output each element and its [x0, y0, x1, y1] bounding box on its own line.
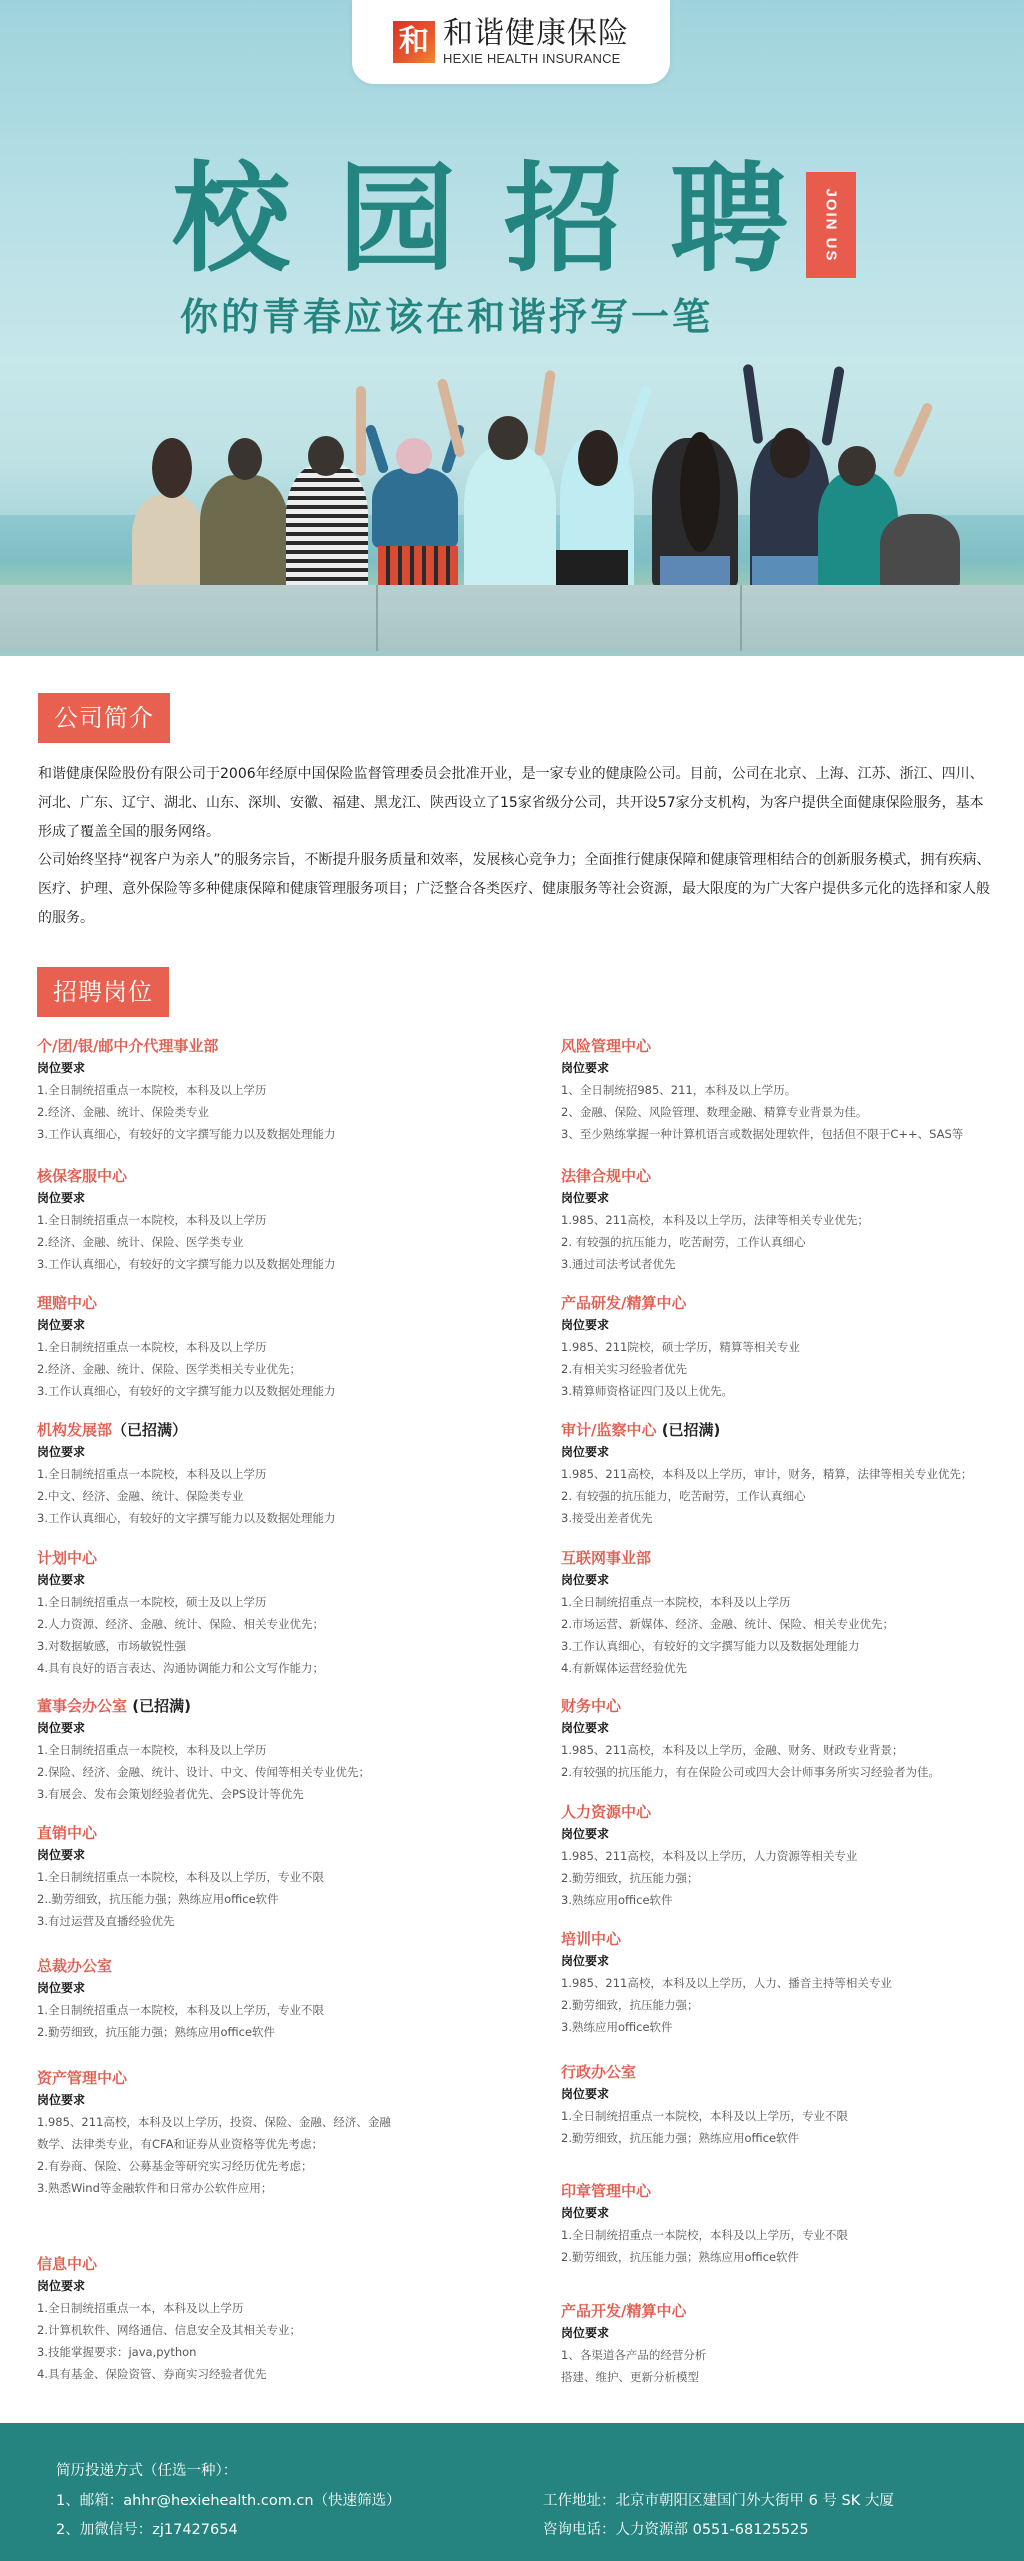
hero-title: 校园招聘: [172, 160, 836, 278]
requirement-item: 1.全日制统招重点一本院校，本科及以上学历: [37, 1463, 335, 1485]
requirement-item: 3.工作认真细心，有较好的文字撰写能力以及数据处理能力: [561, 1635, 894, 1657]
requirements-label: 岗位要求: [561, 1314, 800, 1336]
job-title: 理赔中心: [37, 1292, 335, 1314]
requirements-label: 岗位要求: [37, 1717, 370, 1739]
requirement-item: 4.有新媒体运营经验优先: [561, 1657, 894, 1679]
person-head: [228, 438, 262, 480]
job-title: 核保客服中心: [37, 1165, 335, 1187]
requirements-label: 岗位要求: [561, 1823, 857, 1845]
job-title: 财务中心: [561, 1695, 940, 1717]
seawall: [0, 585, 1024, 651]
person-figure: [372, 468, 458, 548]
person-head: [396, 438, 432, 474]
section-heading-company-intro: 公司简介: [38, 693, 170, 743]
requirements-label: 岗位要求: [561, 1441, 972, 1463]
apply-wechat[interactable]: 2、加微信号：zj17427654: [56, 2520, 238, 2540]
person-figure: [464, 446, 556, 592]
requirement-item: 1.全日制统招重点一本院校，本科及以上学历: [37, 1739, 370, 1761]
requirement-item: 2.勤劳细致，抗压能力强；: [561, 1867, 857, 1889]
person-head: [578, 430, 618, 486]
requirement-item: 3.技能掌握要求：java,python: [37, 2341, 301, 2363]
job-card: 核保客服中心 岗位要求 1.全日制统招重点一本院校，本科及以上学历 2.经济、金…: [37, 1165, 335, 1275]
job-title: 人力资源中心: [561, 1801, 857, 1823]
person-arm: [618, 384, 652, 463]
person-head: [488, 416, 528, 460]
wall-joint: [740, 585, 742, 651]
job-card: 资产管理中心 岗位要求 1.985、211高校，本科及以上学历，投资、保险、金融…: [37, 2067, 397, 2199]
requirement-item: 2.有相关实习经验者优先: [561, 1358, 800, 1380]
requirement-item: 3.工作认真细心，有较好的文字撰写能力以及数据处理能力: [37, 1507, 335, 1529]
job-title: 印章管理中心: [561, 2180, 848, 2202]
job-card: 总裁办公室 岗位要求 1.全日制统招重点一本院校，本科及以上学历，专业不限 2.…: [37, 1955, 324, 2043]
section-heading-positions: 招聘岗位: [37, 967, 169, 1017]
requirements-label: 岗位要求: [561, 1187, 869, 1209]
requirements-label: 岗位要求: [37, 1844, 324, 1866]
requirements-label: 岗位要求: [37, 2089, 397, 2111]
job-title: 信息中心: [37, 2253, 301, 2275]
intro-paragraph: 公司始终坚持“视客户为亲人”的服务宗旨，不断提升服务质量和效率，发展核心竞争力；…: [38, 846, 994, 932]
person-head: [770, 428, 810, 478]
job-card: 理赔中心 岗位要求 1.全日制统招重点一本院校，本科及以上学历 2.经济、金融、…: [37, 1292, 335, 1402]
requirement-item: 1.985、211高校，本科及以上学历，审计，财务，精算，法律等相关专业优先；: [561, 1463, 972, 1485]
job-title: 董事会办公室 (已招满): [37, 1695, 370, 1717]
requirement-item: 1.全日制统招重点一本院校，本科及以上学历: [37, 1079, 335, 1101]
requirement-item: 3.精算师资格证四门及以上优先。: [561, 1380, 800, 1402]
requirement-item: 1.全日制统招重点一本院校，本科及以上学历，专业不限: [37, 1999, 324, 2021]
requirement-item: 3.通过司法考试者优先: [561, 1253, 869, 1275]
job-title: 个/团/银/邮中介代理事业部: [37, 1035, 335, 1057]
requirement-item: 1、全日制统招985、211，本科及以上学历。: [561, 1079, 963, 1101]
job-card: 印章管理中心 岗位要求 1.全日制统招重点一本院校，本科及以上学历，专业不限 2…: [561, 2180, 848, 2268]
requirement-item: 3、至少熟练掌握一种计算机语言或数据处理软件，包括但不限于C++、SAS等: [561, 1123, 963, 1145]
job-title: 法律合规中心: [561, 1165, 869, 1187]
requirement-item: 1.全日制统招重点一本院校，本科及以上学历，专业不限: [561, 2224, 848, 2246]
requirement-item: 2.市场运营、新媒体、经济、金融、统计、保险、相关专业优先；: [561, 1613, 894, 1635]
person-figure: [880, 514, 960, 590]
requirements-label: 岗位要求: [561, 1950, 892, 1972]
contact-phone[interactable]: 咨询电话：人力资源部 0551-68125525: [543, 2520, 809, 2540]
requirement-item: 2.经济、金融、统计、保险、医学类专业: [37, 1231, 335, 1253]
job-title: 审计/监察中心 (已招满): [561, 1419, 972, 1441]
requirement-item: 1.全日制统招重点一本院校，本科及以上学历: [37, 1336, 335, 1358]
person-arm: [892, 401, 934, 478]
requirement-item: 3.熟悉Wind等金融软件和日常办公软件应用；: [37, 2177, 397, 2199]
contact-footer: 简历投递方式（任选一种）： 1、邮箱：ahhr@hexiehealth.com.…: [0, 2423, 1024, 2561]
requirements-label: 岗位要求: [37, 1569, 324, 1591]
requirement-item: 1.全日制统招重点一本院校，本科及以上学历: [37, 1209, 335, 1231]
requirement-item: 1.985、211院校，硕士学历，精算等相关专业: [561, 1336, 800, 1358]
requirement-item: 3.对数据敏感，市场敏锐性强: [37, 1635, 324, 1657]
requirement-item: 2.人力资源、经济、金融、统计、保险、相关专业优先；: [37, 1613, 324, 1635]
requirement-item: 3.熟练应用office软件: [561, 2016, 892, 2038]
job-card: 行政办公室 岗位要求 1.全日制统招重点一本院校，本科及以上学历，专业不限 2.…: [561, 2061, 848, 2149]
hero-subtitle: 你的青春应该在和谐抒写一笔: [180, 298, 713, 336]
person-figure: [132, 495, 204, 595]
requirement-item: 1.985、211高校，本科及以上学历，法律等相关专业优先；: [561, 1209, 869, 1231]
requirements-label: 岗位要求: [561, 1057, 963, 1079]
requirement-item: 2.中文、经济、金融、统计、保险类专业: [37, 1485, 335, 1507]
intro-paragraph: 和谐健康保险股份有限公司于2006年经原中国保险监督管理委员会批准开业，是一家专…: [38, 760, 994, 846]
job-card: 培训中心 岗位要求 1.985、211高校，本科及以上学历，人力、播音主持等相关…: [561, 1928, 892, 2038]
wall-joint: [376, 585, 378, 651]
requirement-item: 3.工作认真细心，有较好的文字撰写能力以及数据处理能力: [37, 1380, 335, 1402]
apply-methods-heading: 简历投递方式（任选一种）：: [56, 2461, 237, 2481]
requirement-item: 1.全日制统招重点一本院校，本科及以上学历: [561, 1591, 894, 1613]
requirement-item: 2.勤劳细致，抗压能力强；熟练应用office软件: [561, 2127, 848, 2149]
job-title: 计划中心: [37, 1547, 324, 1569]
job-title: 互联网事业部: [561, 1547, 894, 1569]
requirement-item: 2.有较强的抗压能力，有在保险公司或四大会计师事务所实习经验者为佳。: [561, 1761, 940, 1783]
job-card: 信息中心 岗位要求 1.全日制统招重点一本，本科及以上学历 2.计算机软件、网络…: [37, 2253, 301, 2385]
requirement-item: 2. 有较强的抗压能力，吃苦耐劳，工作认真细心: [561, 1231, 869, 1253]
requirement-item: 2..勤劳细致，抗压能力强；熟练应用office软件: [37, 1888, 324, 1910]
requirement-item: 2. 有较强的抗压能力，吃苦耐劳，工作认真细心: [561, 1485, 972, 1507]
requirements-label: 岗位要求: [561, 2202, 848, 2224]
job-card: 人力资源中心 岗位要求 1.985、211高校，本科及以上学历，人力资源等相关专…: [561, 1801, 857, 1911]
person-head: [838, 446, 876, 486]
hero-banner: 和 和谐健康保险 HEXIE HEALTH INSURANCE 校园招聘 JOI…: [0, 0, 1024, 656]
requirement-item: 3.工作认真细心，有较好的文字撰写能力以及数据处理能力: [37, 1253, 335, 1275]
requirement-item: 1.985、211高校，本科及以上学历，人力、播音主持等相关专业: [561, 1972, 892, 1994]
requirements-label: 岗位要求: [37, 1187, 335, 1209]
requirement-item: 2.勤劳细致，抗压能力强；熟练应用office软件: [561, 2246, 848, 2268]
logo-mark-icon: 和: [393, 21, 435, 63]
requirement-item: 1、各渠道各产品的经营分析: [561, 2344, 706, 2366]
requirement-item: 2、金融、保险、风险管理、数理金融、精算专业背景为佳。: [561, 1101, 963, 1123]
job-card: 法律合规中心 岗位要求 1.985、211高校，本科及以上学历，法律等相关专业优…: [561, 1165, 869, 1275]
work-address: 工作地址：北京市朝阳区建国门外大街甲 6 号 SK 大厦: [543, 2491, 894, 2511]
requirement-item: 2.保险、经济、金融、统计、设计、中文、传闻等相关专业优先；: [37, 1761, 370, 1783]
requirements-label: 岗位要求: [37, 1057, 335, 1079]
requirement-item: 2.勤劳细致，抗压能力强；: [561, 1994, 892, 2016]
requirement-item: 2.计算机软件、网络通信、信息安全及其相关专业；: [37, 2319, 301, 2341]
requirement-item: 1.全日制统招重点一本院校，本科及以上学历，专业不限: [561, 2105, 848, 2127]
requirements-label: 岗位要求: [561, 1717, 940, 1739]
job-title: 资产管理中心: [37, 2067, 397, 2089]
requirement-item: 3.接受出差者优先: [561, 1507, 972, 1529]
job-card: 互联网事业部 岗位要求 1.全日制统招重点一本院校，本科及以上学历 2.市场运营…: [561, 1547, 894, 1679]
job-title: 直销中心: [37, 1822, 324, 1844]
job-title: 风险管理中心: [561, 1035, 963, 1057]
requirement-item: 1.985、211高校，本科及以上学历，人力资源等相关专业: [561, 1845, 857, 1867]
person-arm: [534, 370, 556, 457]
person-head: [680, 432, 720, 552]
person-head: [152, 438, 192, 498]
requirement-item: 1.全日制统招重点一本，本科及以上学历: [37, 2297, 301, 2319]
requirement-item: 3.有展会、发布会策划经验者优先、会PS设计等优先: [37, 1783, 370, 1805]
requirement-item: 4.具有良好的语言表达、沟通协调能力和公文写作能力；: [37, 1657, 324, 1679]
job-card: 计划中心 岗位要求 1.全日制统招重点一本院校，硕士及以上学历 2.人力资源、经…: [37, 1547, 324, 1679]
job-card: 审计/监察中心 (已招满) 岗位要求 1.985、211高校，本科及以上学历，审…: [561, 1419, 972, 1529]
requirements-label: 岗位要求: [561, 1569, 894, 1591]
job-card: 个/团/银/邮中介代理事业部 岗位要求 1.全日制统招重点一本院校，本科及以上学…: [37, 1035, 335, 1145]
requirement-item: 2.勤劳细致，抗压能力强；熟练应用office软件: [37, 2021, 324, 2043]
requirement-item: 3.工作认真细心，有较好的文字撰写能力以及数据处理能力: [37, 1123, 335, 1145]
requirements-label: 岗位要求: [37, 1314, 335, 1336]
person-figure: [200, 475, 288, 593]
requirement-item: 1.985、211高校，本科及以上学历，投资、保险、金融、经济、金融数学、法律类…: [37, 2111, 397, 2155]
requirement-item: 2.经济、金融、统计、保险类专业: [37, 1101, 335, 1123]
requirements-label: 岗位要求: [561, 2083, 848, 2105]
person-arm: [821, 366, 845, 447]
brand-name-cn: 和谐健康保险: [443, 19, 629, 49]
person-arm: [356, 386, 366, 476]
requirement-item: 2.经济、金融、统计、保险、医学类相关专业优先；: [37, 1358, 335, 1380]
job-title: 产品开发/精算中心: [561, 2300, 706, 2322]
person-arm: [365, 424, 390, 475]
join-us-badge: JOIN US: [806, 172, 856, 278]
job-title: 培训中心: [561, 1928, 892, 1950]
requirement-item: 3.有过运营及直播经验优先: [37, 1910, 324, 1932]
person-arm: [742, 364, 763, 445]
job-card: 产品开发/精算中心 岗位要求 1、各渠道各产品的经营分析 搭建、维护、更新分析模…: [561, 2300, 706, 2388]
apply-email[interactable]: 1、邮箱：ahhr@hexiehealth.com.cn（快速筛选）: [56, 2491, 401, 2511]
job-title: 产品研发/精算中心: [561, 1292, 800, 1314]
company-intro-text: 和谐健康保险股份有限公司于2006年经原中国保险监督管理委员会批准开业，是一家专…: [38, 760, 994, 933]
person-head: [308, 436, 344, 476]
job-card: 风险管理中心 岗位要求 1、全日制统招985、211，本科及以上学历。 2、金融…: [561, 1035, 963, 1145]
job-card: 机构发展部（已招满） 岗位要求 1.全日制统招重点一本院校，本科及以上学历 2.…: [37, 1419, 335, 1529]
requirement-item: 4.具有基金、保险资管、券商实习经验者优先: [37, 2363, 301, 2385]
requirements-label: 岗位要求: [561, 2322, 706, 2344]
job-card: 直销中心 岗位要求 1.全日制统招重点一本院校，本科及以上学历，专业不限 2..…: [37, 1822, 324, 1932]
requirement-item: 搭建、维护、更新分析模型: [561, 2366, 706, 2388]
requirements-label: 岗位要求: [37, 1977, 324, 1999]
requirement-item: 1.985、211高校，本科及以上学历，金融、财务、财政专业背景；: [561, 1739, 940, 1761]
requirement-item: 1.全日制统招重点一本院校，本科及以上学历，专业不限: [37, 1866, 324, 1888]
requirement-item: 1.全日制统招重点一本院校，硕士及以上学历: [37, 1591, 324, 1613]
brand-logo: 和 和谐健康保险 HEXIE HEALTH INSURANCE: [352, 0, 670, 84]
brand-name-en: HEXIE HEALTH INSURANCE: [443, 52, 629, 65]
job-card: 产品研发/精算中心 岗位要求 1.985、211院校，硕士学历，精算等相关专业 …: [561, 1292, 800, 1402]
requirements-label: 岗位要求: [37, 2275, 301, 2297]
requirement-item: 2.有券商、保险、公募基金等研究实习经历优先考虑；: [37, 2155, 397, 2177]
requirements-label: 岗位要求: [37, 1441, 335, 1463]
hero-photo: [0, 360, 1024, 656]
job-title: 机构发展部（已招满）: [37, 1419, 335, 1441]
person-figure: [286, 464, 368, 592]
job-title: 行政办公室: [561, 2061, 848, 2083]
requirement-item: 3.熟练应用office软件: [561, 1889, 857, 1911]
job-card: 董事会办公室 (已招满) 岗位要求 1.全日制统招重点一本院校，本科及以上学历 …: [37, 1695, 370, 1805]
job-title: 总裁办公室: [37, 1955, 324, 1977]
job-card: 财务中心 岗位要求 1.985、211高校，本科及以上学历，金融、财务、财政专业…: [561, 1695, 940, 1783]
